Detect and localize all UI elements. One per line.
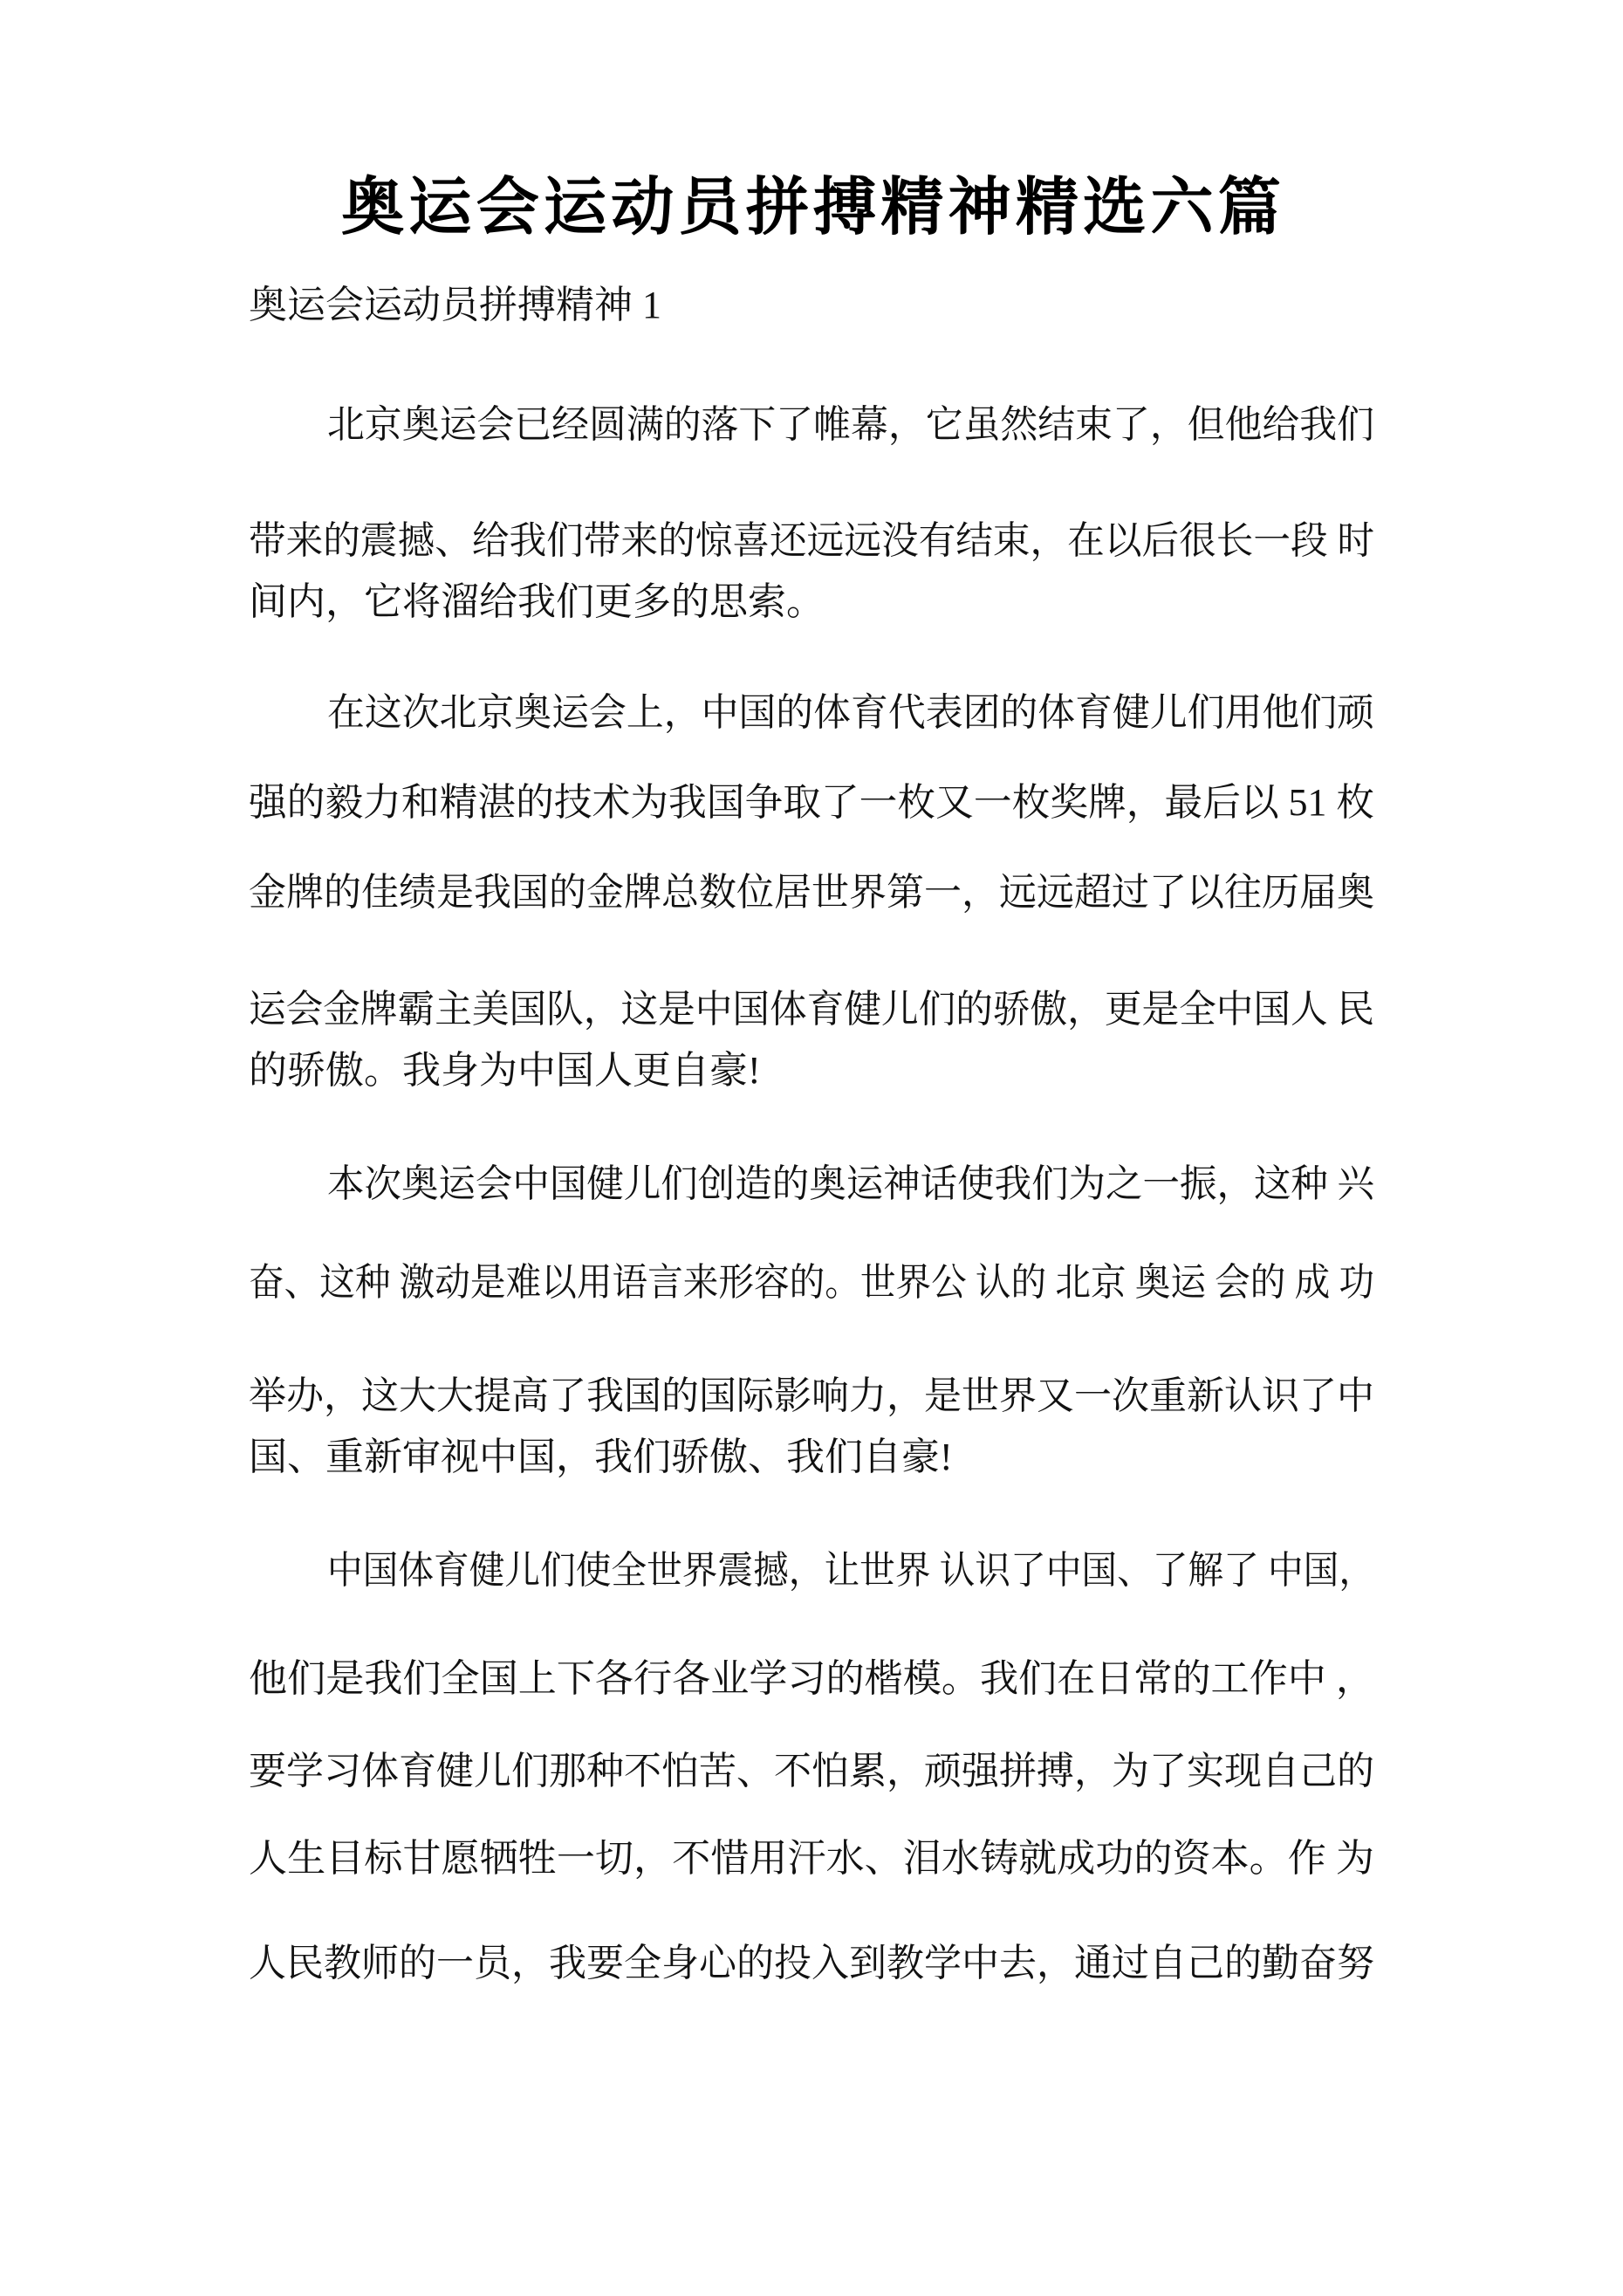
text-line-content: 运会金牌霸主美国队，这是中国体育健儿们的骄傲，更是全中国人 民	[249, 985, 1374, 1034]
document-title-text: 奥运会运动员拼搏精神精选六篇	[341, 171, 1285, 244]
text-line: 中国体育健儿们使全世界震撼，让世界 认识了中国、了解了 中国，	[249, 1546, 1374, 1595]
text-line: 北京奥运会已经圆满的落下了帷幕，它虽然结束了，但他给我们	[249, 401, 1374, 449]
text-line-content: 的骄傲。我身为中国人更自豪!	[249, 1046, 761, 1095]
paragraph: 在这次北京奥运会上，中国的体育代表团的体育健儿们用他们顽强的毅力和精湛的技术为我…	[249, 689, 1374, 1095]
text-line-content: 带来的震撼、给我们带来的惊喜还远远没有结束，在以后很长一段 时	[249, 517, 1374, 565]
text-line-content: 北京奥运会已经圆满的落下了帷幕，它虽然结束了，但他给我们	[327, 401, 1374, 449]
text-line-content: 在这次北京奥运会上，中国的体育代表团的体育健儿们用他们顽	[327, 689, 1374, 737]
text-line-content: 强的毅力和精湛的技术为我国争取了一枚又一枚奖牌，最后以 51 枚	[249, 778, 1374, 827]
document-page: 奥运会运动员拼搏精神精选六篇 奥运会运动员拼搏精神 1 北京奥运会已经圆满的落下…	[0, 0, 1623, 2296]
paragraph: 北京奥运会已经圆满的落下了帷幕，它虽然结束了，但他给我们带来的震撼、给我们带来的…	[249, 401, 1374, 627]
document-title: 奥运会运动员拼搏精神精选六篇	[249, 171, 1374, 244]
text-line-content: 举办，这大大提高了我国的国际影响力，是世界又一次重新认识了中	[249, 1372, 1374, 1421]
text-line: 间内，它将溜给我们更多的思索。	[249, 578, 1374, 627]
text-line-content: 中国体育健儿们使全世界震撼，让世界 认识了中国、了解了 中国，	[327, 1546, 1374, 1595]
text-line: 金牌的佳绩是我国的金牌总数位居世界第一，远远超过了以往历届奥	[249, 868, 1374, 917]
text-line-content: 人生目标甘愿牺牲一切，不惜用汗水、泪水铸就成功的资本。作 为	[249, 1834, 1374, 1883]
text-line-content: 要学习体育健儿们那种不怕苦、不怕累，顽强拼搏，为了实现自己的	[249, 1747, 1374, 1796]
text-line-content: 他们是我们全国上下各行各业学习的楷模。我们在日常的工作中 ，	[249, 1655, 1374, 1703]
text-line: 人生目标甘愿牺牲一切，不惜用汗水、泪水铸就成功的资本。作 为	[249, 1834, 1374, 1883]
text-line-content: 奋、这种 激动是难以用语言来形容的。世界公 认的 北京 奥运 会的 成 功	[249, 1258, 1374, 1307]
text-line: 举办，这大大提高了我国的国际影响力，是世界又一次重新认识了中	[249, 1372, 1374, 1421]
paragraph: 中国体育健儿们使全世界震撼，让世界 认识了中国、了解了 中国，他们是我们全国上下…	[249, 1546, 1374, 1988]
text-line: 人民教师的一员，我要全身心的投入到教学中去，通过自己的勤奋努	[249, 1939, 1374, 1988]
document-subtitle: 奥运会运动员拼搏精神 1	[249, 281, 1374, 330]
text-line-content: 金牌的佳绩是我国的金牌总数位居世界第一，远远超过了以往历届奥	[249, 868, 1374, 917]
text-line: 的骄傲。我身为中国人更自豪!	[249, 1046, 1374, 1095]
text-line: 强的毅力和精湛的技术为我国争取了一枚又一枚奖牌，最后以 51 枚	[249, 778, 1374, 827]
text-line-content: 国、重新审视中国，我们骄傲、我们自豪!	[249, 1433, 953, 1482]
document-body: 北京奥运会已经圆满的落下了帷幕，它虽然结束了，但他给我们带来的震撼、给我们带来的…	[249, 401, 1374, 1988]
text-line: 国、重新审视中国，我们骄傲、我们自豪!	[249, 1433, 1374, 1482]
text-line: 他们是我们全国上下各行各业学习的楷模。我们在日常的工作中 ，	[249, 1655, 1374, 1703]
text-line: 运会金牌霸主美国队，这是中国体育健儿们的骄傲，更是全中国人 民	[249, 985, 1374, 1034]
paragraph: 本次奥运会中国健儿们创造的奥运神话使我们为之一振，这种 兴奋、这种 激动是难以用…	[249, 1160, 1374, 1482]
text-line-content: 间内，它将溜给我们更多的思索。	[249, 578, 825, 627]
text-line-content: 人民教师的一员，我要全身心的投入到教学中去，通过自己的勤奋努	[249, 1939, 1374, 1988]
text-line: 在这次北京奥运会上，中国的体育代表团的体育健儿们用他们顽	[249, 689, 1374, 737]
text-line-content: 本次奥运会中国健儿们创造的奥运神话使我们为之一振，这种 兴	[327, 1160, 1374, 1209]
text-line: 带来的震撼、给我们带来的惊喜还远远没有结束，在以后很长一段 时	[249, 517, 1374, 565]
text-line: 要学习体育健儿们那种不怕苦、不怕累，顽强拼搏，为了实现自己的	[249, 1747, 1374, 1796]
text-line: 奋、这种 激动是难以用语言来形容的。世界公 认的 北京 奥运 会的 成 功	[249, 1258, 1374, 1307]
text-line: 本次奥运会中国健儿们创造的奥运神话使我们为之一振，这种 兴	[249, 1160, 1374, 1209]
